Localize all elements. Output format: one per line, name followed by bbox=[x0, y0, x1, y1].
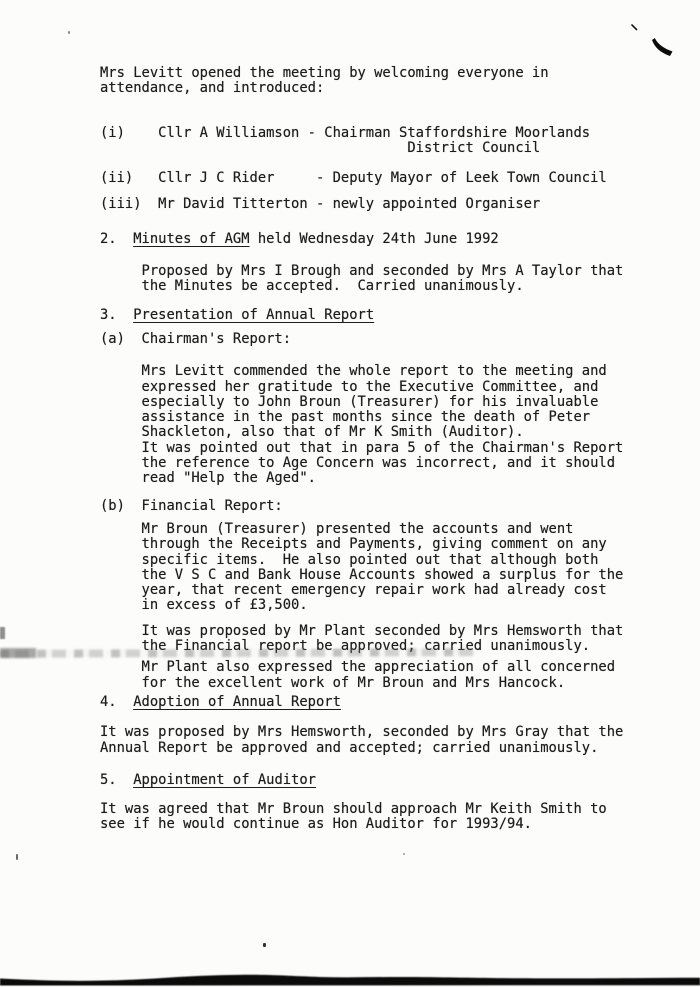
annual-report-adoption-paragraph: It was proposed by Mrs Hemsworth, second… bbox=[100, 725, 660, 756]
text-line: It was agreed that Mr Broun should appro… bbox=[100, 802, 660, 817]
text-line: in excess of £3,500. bbox=[100, 598, 660, 613]
text-line: District Council bbox=[100, 141, 660, 156]
text-line: Mr Broun (Treasurer) presented the accou… bbox=[100, 522, 660, 537]
section-number: 2. bbox=[100, 231, 133, 247]
section-heading-line: 4. Adoption of Annual Report bbox=[100, 695, 660, 710]
text-line: (a) Chairman's Report: bbox=[100, 332, 660, 347]
section-number: 5. bbox=[100, 772, 133, 788]
intro-paragraph: Mrs Levitt opened the meeting by welcomi… bbox=[100, 66, 660, 97]
minutes-approval-paragraph: Proposed by Mrs I Brough and seconded by… bbox=[100, 264, 660, 295]
scanner-black-bar bbox=[0, 971, 700, 987]
text-line: assistance in the past months since the … bbox=[100, 410, 660, 425]
attendee-item-iii: (iii) Mr David Titterton - newly appoint… bbox=[100, 197, 660, 212]
section-heading-line: 5. Appointment of Auditor bbox=[100, 773, 660, 788]
scanned-minutes-page: Mrs Levitt opened the meeting by welcomi… bbox=[0, 0, 700, 987]
pen-mark bbox=[618, 14, 680, 64]
section-title: Presentation of Annual Report bbox=[133, 307, 374, 323]
text-line: the V S C and Bank House Accounts showed… bbox=[100, 568, 660, 583]
text-line: (i) Cllr A Williamson - Chairman Staffor… bbox=[100, 126, 660, 141]
text-line: (iii) Mr David Titterton - newly appoint… bbox=[100, 197, 660, 212]
text-line: attendance, and introduced: bbox=[100, 81, 660, 96]
item-a-label: (a) Chairman's Report: bbox=[100, 332, 660, 347]
appreciation-paragraph: Mr Plant also expressed the appreciation… bbox=[100, 660, 660, 691]
text-line: Annual Report be approved and accepted; … bbox=[100, 741, 660, 756]
scan-speck bbox=[403, 853, 405, 855]
text-line: (b) Financial Report: bbox=[100, 499, 660, 514]
text-line: Mrs Levitt commended the whole report to… bbox=[100, 364, 660, 379]
text-line: year, that recent emergency repair work … bbox=[100, 583, 660, 598]
section-4-heading: 4. Adoption of Annual Report bbox=[100, 695, 660, 710]
text-line: especially to John Broun (Treasurer) for… bbox=[100, 395, 660, 410]
document-content: Mrs Levitt opened the meeting by welcomi… bbox=[0, 0, 700, 833]
section-title: Appointment of Auditor bbox=[133, 772, 316, 788]
text-line: for the excellent work of Mr Broun and M… bbox=[100, 676, 660, 691]
attendee-item-i: (i) Cllr A Williamson - Chairman Staffor… bbox=[100, 126, 660, 157]
text-line: the Minutes be accepted. Carried unanimo… bbox=[100, 279, 660, 294]
financial-report-paragraph: Mr Broun (Treasurer) presented the accou… bbox=[100, 522, 660, 614]
section-heading-line: 3. Presentation of Annual Report bbox=[100, 308, 660, 323]
section-number: 3. bbox=[100, 307, 133, 323]
scan-speck bbox=[16, 854, 18, 860]
text-line: Mr Plant also expressed the appreciation… bbox=[100, 660, 660, 675]
text-line: the reference to Age Concern was incorre… bbox=[100, 456, 660, 471]
text-line: expressed her gratitude to the Executive… bbox=[100, 380, 660, 395]
section-title-suffix: held Wednesday 24th June 1992 bbox=[250, 231, 499, 247]
text-line: see if he would continue as Hon Auditor … bbox=[100, 817, 660, 832]
auditor-appointment-paragraph: It was agreed that Mr Broun should appro… bbox=[100, 802, 660, 833]
text-line: (ii) Cllr J C Rider - Deputy Mayor of Le… bbox=[100, 171, 660, 186]
section-3-heading: 3. Presentation of Annual Report bbox=[100, 308, 660, 323]
text-line: It was pointed out that in para 5 of the… bbox=[100, 441, 660, 456]
scan-smudge bbox=[0, 648, 474, 658]
section-title: Minutes of AGM bbox=[133, 231, 249, 247]
section-2-heading: 2. Minutes of AGM held Wednesday 24th Ju… bbox=[100, 232, 660, 247]
section-number: 4. bbox=[100, 694, 133, 710]
scan-speck bbox=[68, 31, 70, 34]
section-heading-line: 2. Minutes of AGM held Wednesday 24th Ju… bbox=[100, 232, 660, 247]
text-line: through the Receipts and Payments, givin… bbox=[100, 537, 660, 552]
chairmans-report-paragraph: Mrs Levitt commended the whole report to… bbox=[100, 364, 660, 486]
left-edge-mark bbox=[0, 627, 5, 639]
section-title: Adoption of Annual Report bbox=[133, 694, 341, 710]
text-line: It was proposed by Mrs Hemsworth, second… bbox=[100, 725, 660, 740]
text-line: specific items. He also pointed out that… bbox=[100, 553, 660, 568]
text-line: Shackleton, also that of Mr K Smith (Aud… bbox=[100, 425, 660, 440]
text-line: It was proposed by Mr Plant seconded by … bbox=[100, 624, 660, 639]
section-5-heading: 5. Appointment of Auditor bbox=[100, 773, 660, 788]
scan-speck bbox=[263, 943, 266, 947]
text-line: read "Help the Aged". bbox=[100, 471, 660, 486]
text-line: Mrs Levitt opened the meeting by welcomi… bbox=[100, 66, 660, 81]
text-line: Proposed by Mrs I Brough and seconded by… bbox=[100, 264, 660, 279]
scan-smudge-left bbox=[0, 648, 36, 658]
attendee-item-ii: (ii) Cllr J C Rider - Deputy Mayor of Le… bbox=[100, 171, 660, 186]
item-b-label: (b) Financial Report: bbox=[100, 499, 660, 514]
